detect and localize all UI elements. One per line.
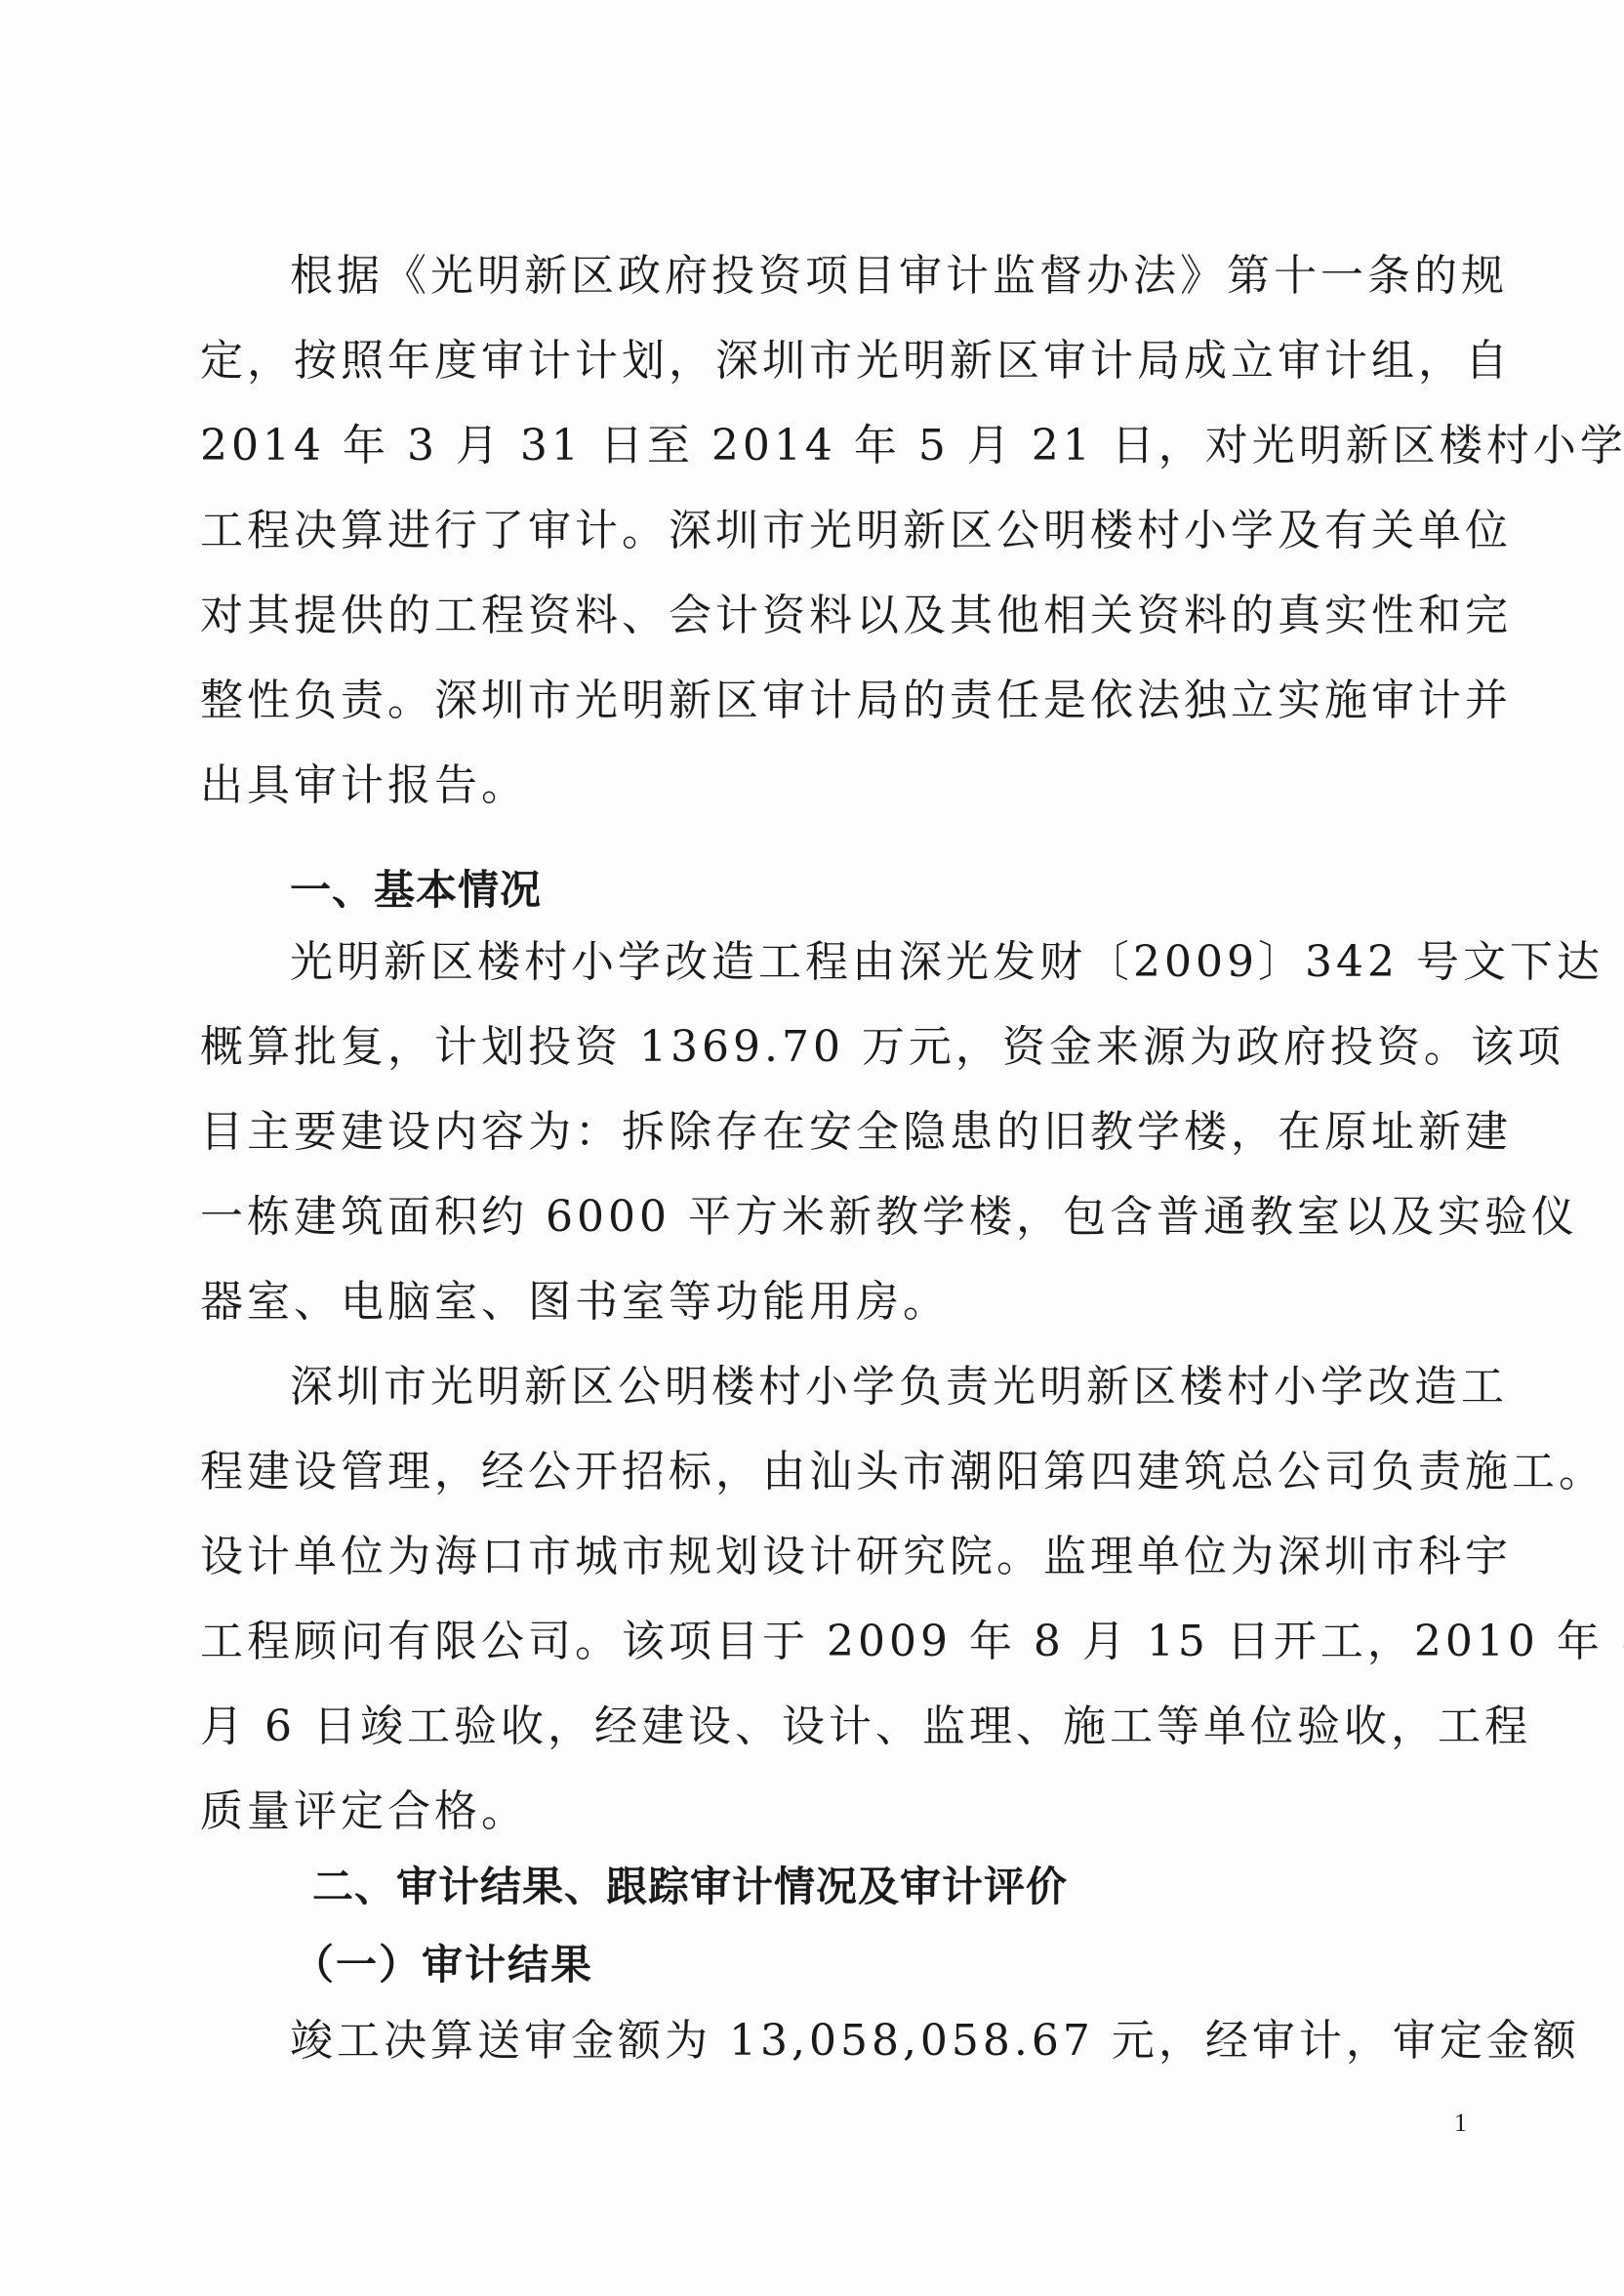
section-heading-audit-results: 二、审计结果、跟踪审计情况及审计评价 <box>312 1860 1068 1914</box>
intro-line-2: 定，按照年度审计计划，深圳市光明新区审计局成立审计组，自 <box>200 334 1432 389</box>
intro-line-3: 2014 年 3 月 31 日至 2014 年 5 月 21 日，对光明新区楼村… <box>200 419 1432 473</box>
section-heading-basic-info: 一、基本情况 <box>290 863 542 918</box>
section1-p1-line-3: 目主要建设内容为：拆除存在安全隐患的旧教学楼，在原址新建 <box>200 1105 1432 1160</box>
subsection-heading-audit-result: （一）审计结果 <box>293 1938 593 1992</box>
intro-line-1: 根据《光明新区政府投资项目审计监督办法》第十一条的规 <box>290 249 1432 304</box>
page-number: 1 <box>1454 2109 1467 2138</box>
section1-p1-line-4: 一栋建筑面积约 6000 平方米新教学楼，包含普通教室以及实验仪 <box>200 1190 1432 1245</box>
section1-p2-line-3: 设计单位为海口市城市规划设计研究院。监理单位为深圳市科宇 <box>200 1530 1432 1584</box>
document-page: 根据《光明新区政府投资项目审计监督办法》第十一条的规 定，按照年度审计计划，深圳… <box>0 0 1624 2296</box>
section1-p2-line-4: 工程顾问有限公司。该项目于 2009 年 8 月 15 日开工，2010 年 8 <box>200 1615 1432 1669</box>
section1-p1-line-1: 光明新区楼村小学改造工程由深光发财〔2009〕342 号文下达 <box>290 935 1432 990</box>
section1-p2-line-5: 月 6 日竣工验收，经建设、设计、监理、施工等单位验收，工程 <box>200 1700 1432 1754</box>
subsection1-line-1: 竣工决算送审金额为 13,058,058.67 元，经审计，审定金额 <box>290 2014 1432 2069</box>
intro-line-5: 对其提供的工程资料、会计资料以及其他相关资料的真实性和完 <box>200 589 1432 643</box>
section1-p2-line-1: 深圳市光明新区公明楼村小学负责光明新区楼村小学改造工 <box>290 1360 1432 1414</box>
intro-line-4: 工程决算进行了审计。深圳市光明新区公明楼村小学及有关单位 <box>200 504 1432 558</box>
section1-p2-line-6: 质量评定合格。 <box>200 1784 1432 1839</box>
intro-line-6: 整性负责。深圳市光明新区审计局的责任是依法独立实施审计并 <box>200 674 1432 728</box>
section1-p2-line-2: 程建设管理，经公开招标，由汕头市潮阳第四建筑总公司负责施工。 <box>200 1445 1432 1499</box>
section1-p1-line-5: 器室、电脑室、图书室等功能用房。 <box>200 1275 1432 1330</box>
section1-p1-line-2: 概算批复，计划投资 1369.70 万元，资金来源为政府投资。该项 <box>200 1020 1432 1075</box>
intro-line-7: 出具审计报告。 <box>200 758 1432 813</box>
